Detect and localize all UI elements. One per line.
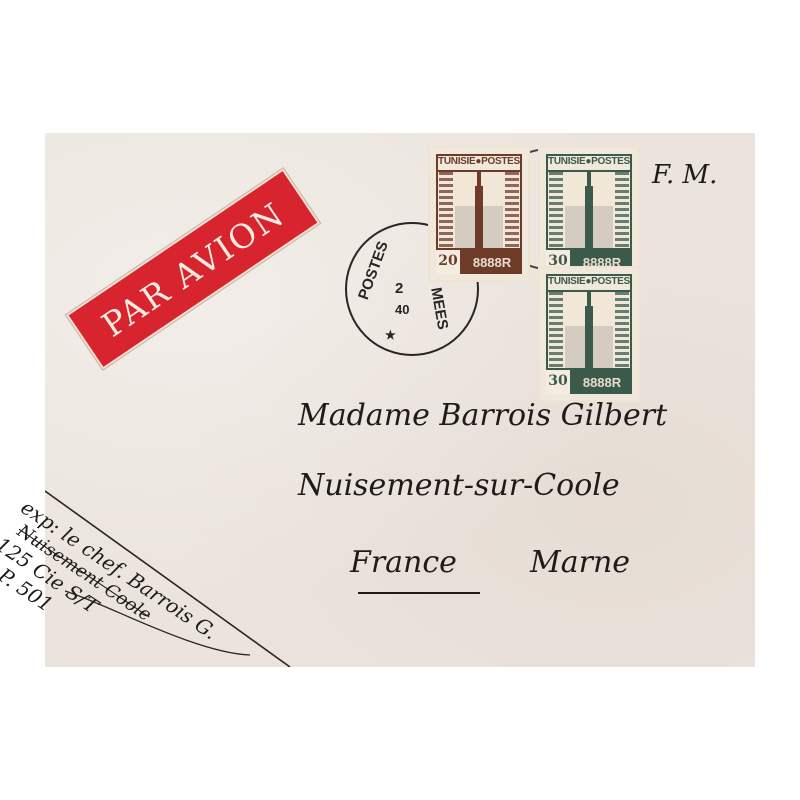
- recipient-town: Nuisement-sur-Coole: [298, 468, 620, 503]
- stamp-service: POSTES: [591, 276, 630, 287]
- stamp-ornament: 8888R: [583, 375, 621, 390]
- recipient-region: Marne: [530, 545, 630, 580]
- minaret-icon: [475, 186, 483, 248]
- stamp-value: 30: [548, 373, 567, 389]
- stamp-country: TUNISIE: [548, 156, 585, 167]
- stamp-30c-top: TUNISIE●POSTES 30 8888R: [540, 148, 638, 280]
- postmark-star-icon: ★: [385, 328, 396, 342]
- stamp-30c-bottom: TUNISIE●POSTES 30 8888R: [540, 268, 638, 400]
- stamp-ornament: 8888R: [473, 255, 511, 270]
- postmark-date-2: 40: [395, 302, 409, 317]
- stamp-service: POSTES: [591, 156, 630, 167]
- stamp-value: 20: [438, 253, 457, 269]
- minaret-icon: [585, 186, 593, 248]
- stamp-service: POSTES: [481, 156, 520, 167]
- minaret-icon: [585, 306, 593, 368]
- stamp-country: TUNISIE: [438, 156, 475, 167]
- stamp-country: TUNISIE: [548, 276, 585, 287]
- postmark-date-1: 2: [395, 280, 403, 297]
- stamp-20c: TUNISIE●POSTES 20 8888R: [430, 148, 528, 280]
- franchise-mark: F. M.: [652, 160, 717, 190]
- recipient-name: Madame Barrois Gilbert: [298, 398, 667, 433]
- recipient-country: France: [350, 545, 457, 580]
- stamp-value: 30: [548, 253, 567, 269]
- country-underline: [358, 592, 480, 594]
